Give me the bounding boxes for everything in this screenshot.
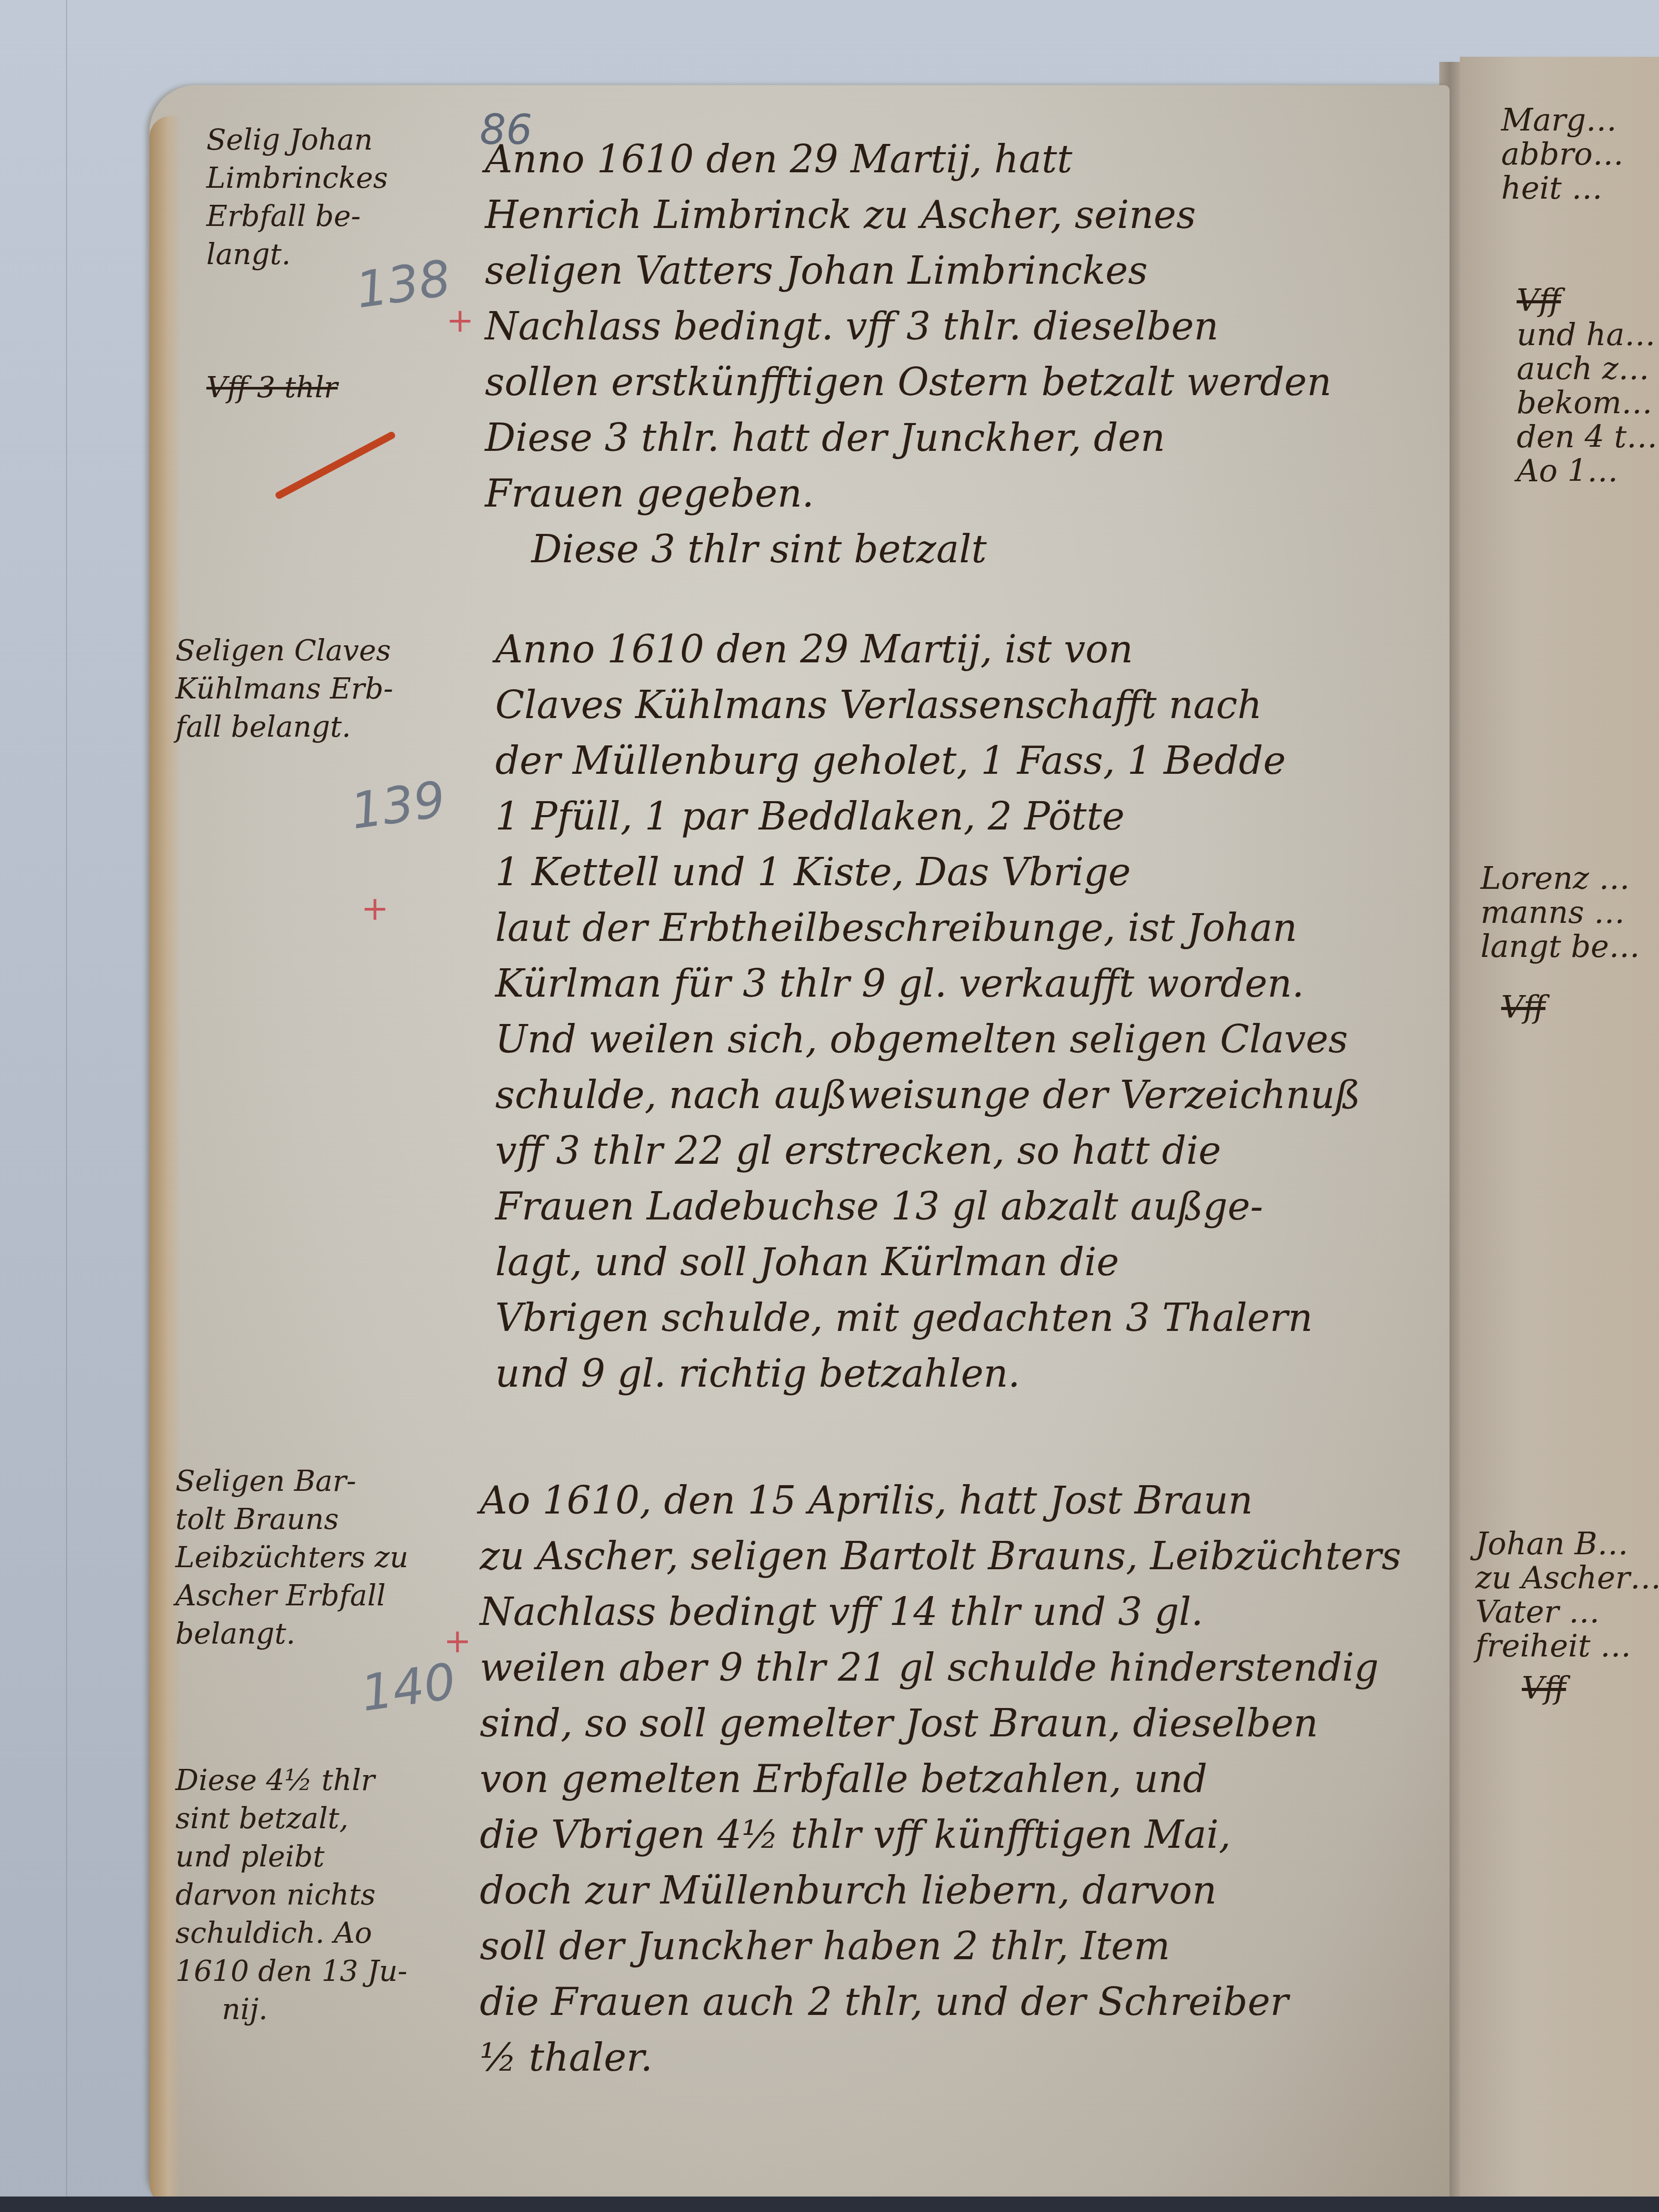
margin-line: nij.: [175, 1991, 408, 2029]
facing-fragment-6: Vff: [1522, 1671, 1566, 1705]
entry-1-body: Anno 1610 den 29 Martij, hatt Henrich Li…: [485, 132, 1331, 577]
margin-line: Kühlmans Erb-: [175, 670, 393, 708]
facing-line: Marg…: [1501, 103, 1623, 137]
payment-note: Diese 3 thlr sint betzalt: [485, 522, 1331, 577]
entry-3-body: Ao 1610, den 15 Aprilis, hatt Jost Braun…: [480, 1473, 1401, 2086]
body-line: die Frauen auch 2 thlr, und der Schreibe…: [480, 1974, 1401, 2030]
body-line: und 9 gl. richtig betzahlen.: [495, 1346, 1360, 1402]
facing-fragment-4: Vff: [1501, 990, 1546, 1024]
margin-line: und pleibt: [175, 1838, 408, 1876]
body-line: weilen aber 9 thlr 21 gl schulde hinders…: [480, 1640, 1401, 1696]
facing-line: Vff: [1522, 1671, 1566, 1705]
facing-fragment-2: Vff und ha… auch z… bekom… den 4 t… Ao 1…: [1517, 284, 1657, 488]
facing-page: Marg… abbro… heit … Vff und ha… auch z… …: [1460, 57, 1659, 2208]
margin-line: Seligen Claves: [175, 632, 393, 670]
facing-line: Vff: [1517, 284, 1657, 318]
facing-line: Johan B…: [1475, 1527, 1659, 1561]
entry-3-payment-note: Diese 4½ thlr sint betzalt, und pleibt d…: [175, 1762, 408, 2029]
margin-line: Ascher Erbfall: [175, 1577, 409, 1615]
facing-fragment-5: Johan B… zu Ascher… Vater … freiheit …: [1475, 1527, 1659, 1663]
entry-1-margin-heading: Selig Johan Limbrinckes Erbfall be- lang…: [206, 121, 388, 274]
body-line: 1 Pfüll, 1 par Beddlaken, 2 Pötte: [495, 789, 1360, 844]
facing-line: heit …: [1501, 171, 1623, 205]
margin-line: fall belangt.: [175, 708, 393, 746]
body-line: lagt, und soll Johan Kürlman die: [495, 1234, 1360, 1290]
margin-line: Leibzüchters zu: [175, 1539, 409, 1577]
margin-line: schuldich. Ao: [175, 1914, 408, 1953]
margin-line: sint betzalt,: [175, 1800, 408, 1838]
entry-3-margin-heading: Seligen Bar- tolt Brauns Leibzüchters zu…: [175, 1462, 409, 1653]
body-line: Nachlass bedingt vff 14 thlr und 3 gl.: [480, 1584, 1401, 1640]
margin-line: tolt Brauns: [175, 1501, 409, 1539]
margin-line: Diese 4½ thlr: [175, 1762, 408, 1800]
facing-line: den 4 t…: [1517, 420, 1657, 454]
facing-line: Ao 1…: [1517, 454, 1657, 488]
table-seam: [66, 0, 67, 2212]
body-line: zu Ascher, seligen Bartolt Brauns, Leibz…: [480, 1528, 1401, 1584]
facing-line: auch z…: [1517, 352, 1657, 386]
red-cross-mark: +: [446, 302, 474, 340]
margin-line: 1610 den 13 Ju-: [175, 1953, 408, 1991]
red-crayon-mark: [274, 431, 396, 500]
facing-line: und ha…: [1517, 318, 1657, 352]
facing-line: bekom…: [1517, 386, 1657, 420]
body-line: Frauen Ladebuchse 13 gl abzalt außge-: [495, 1179, 1360, 1234]
margin-line: belangt.: [175, 1615, 409, 1653]
body-line: Anno 1610 den 29 Martij, ist von: [495, 622, 1360, 677]
body-line: Anno 1610 den 29 Martij, hatt: [485, 132, 1331, 187]
archive-number: 138: [352, 249, 454, 319]
body-line: schulde, nach außweisunge der Verzeichnu…: [495, 1067, 1360, 1123]
margin-amount: Vff 3 thlr: [206, 369, 338, 407]
body-line: Diese 3 thlr. hatt der Junckher, den: [485, 410, 1331, 466]
page-bottom-shadow: [0, 2197, 1659, 2212]
body-line: Ao 1610, den 15 Aprilis, hatt Jost Braun: [480, 1473, 1401, 1528]
archive-number: 139: [347, 770, 449, 840]
body-line: seligen Vatters Johan Limbrinckes: [485, 243, 1331, 299]
facing-line: Vater …: [1475, 1595, 1659, 1629]
facing-fragment-1: Marg… abbro… heit …: [1501, 103, 1623, 205]
body-line: Vbrigen schulde, mit gedachten 3 Thalern: [495, 1290, 1360, 1346]
body-line: Und weilen sich, obgemelten seligen Clav…: [495, 1012, 1360, 1067]
margin-line: Limbrinckes: [206, 159, 388, 198]
body-line: Kürlman für 3 thlr 9 gl. verkaufft worde…: [495, 956, 1360, 1012]
body-line: von gemelten Erbfalle betzahlen, und: [480, 1751, 1401, 1807]
entry-2-margin-heading: Seligen Claves Kühlmans Erb- fall belang…: [175, 632, 393, 746]
body-line: 1 Kettell und 1 Kiste, Das Vbrige: [495, 844, 1360, 900]
body-line: ½ thaler.: [480, 2030, 1401, 2086]
facing-line: Vff: [1501, 990, 1546, 1024]
body-line: Frauen gegeben.: [485, 466, 1331, 522]
manuscript-page: 86 Selig Johan Limbrinckes Erbfall be- l…: [150, 85, 1450, 2205]
body-line: sollen erstkünfftigen Ostern betzalt wer…: [485, 354, 1331, 410]
facing-line: langt be…: [1481, 930, 1640, 964]
margin-line: Selig Johan: [206, 121, 388, 159]
margin-line: darvon nichts: [175, 1876, 408, 1914]
facing-line: abbro…: [1501, 137, 1623, 171]
facing-line: freiheit …: [1475, 1629, 1659, 1663]
red-cross-mark: +: [361, 890, 389, 928]
entry-2-body: Anno 1610 den 29 Martij, ist von Claves …: [495, 622, 1360, 1402]
archive-number: 140: [357, 1652, 459, 1722]
margin-line: Seligen Bar-: [175, 1462, 409, 1501]
facing-fragment-3: Lorenz … manns … langt be…: [1481, 861, 1640, 964]
facing-line: manns …: [1481, 896, 1640, 930]
body-line: die Vbrigen 4½ thlr vff künfftigen Mai,: [480, 1807, 1401, 1863]
body-line: der Müllenburg geholet, 1 Fass, 1 Bedde: [495, 733, 1360, 789]
facing-line: zu Ascher…: [1475, 1561, 1659, 1595]
body-line: doch zur Müllenburch liebern, darvon: [480, 1863, 1401, 1918]
body-line: vff 3 thlr 22 gl erstrecken, so hatt die: [495, 1123, 1360, 1179]
facing-line: Lorenz …: [1481, 861, 1640, 896]
body-line: Claves Kühlmans Verlassenschafft nach: [495, 677, 1360, 733]
body-line: laut der Erbtheilbeschreibunge, ist Joha…: [495, 900, 1360, 956]
body-line: sind, so soll gemelter Jost Braun, diese…: [480, 1696, 1401, 1751]
body-line: Nachlass bedingt. vff 3 thlr. dieselben: [485, 299, 1331, 354]
margin-line: Erbfall be-: [206, 198, 388, 236]
body-line: Henrich Limbrinck zu Ascher, seines: [485, 187, 1331, 243]
body-line: soll der Junckher haben 2 thlr, Item: [480, 1918, 1401, 1974]
